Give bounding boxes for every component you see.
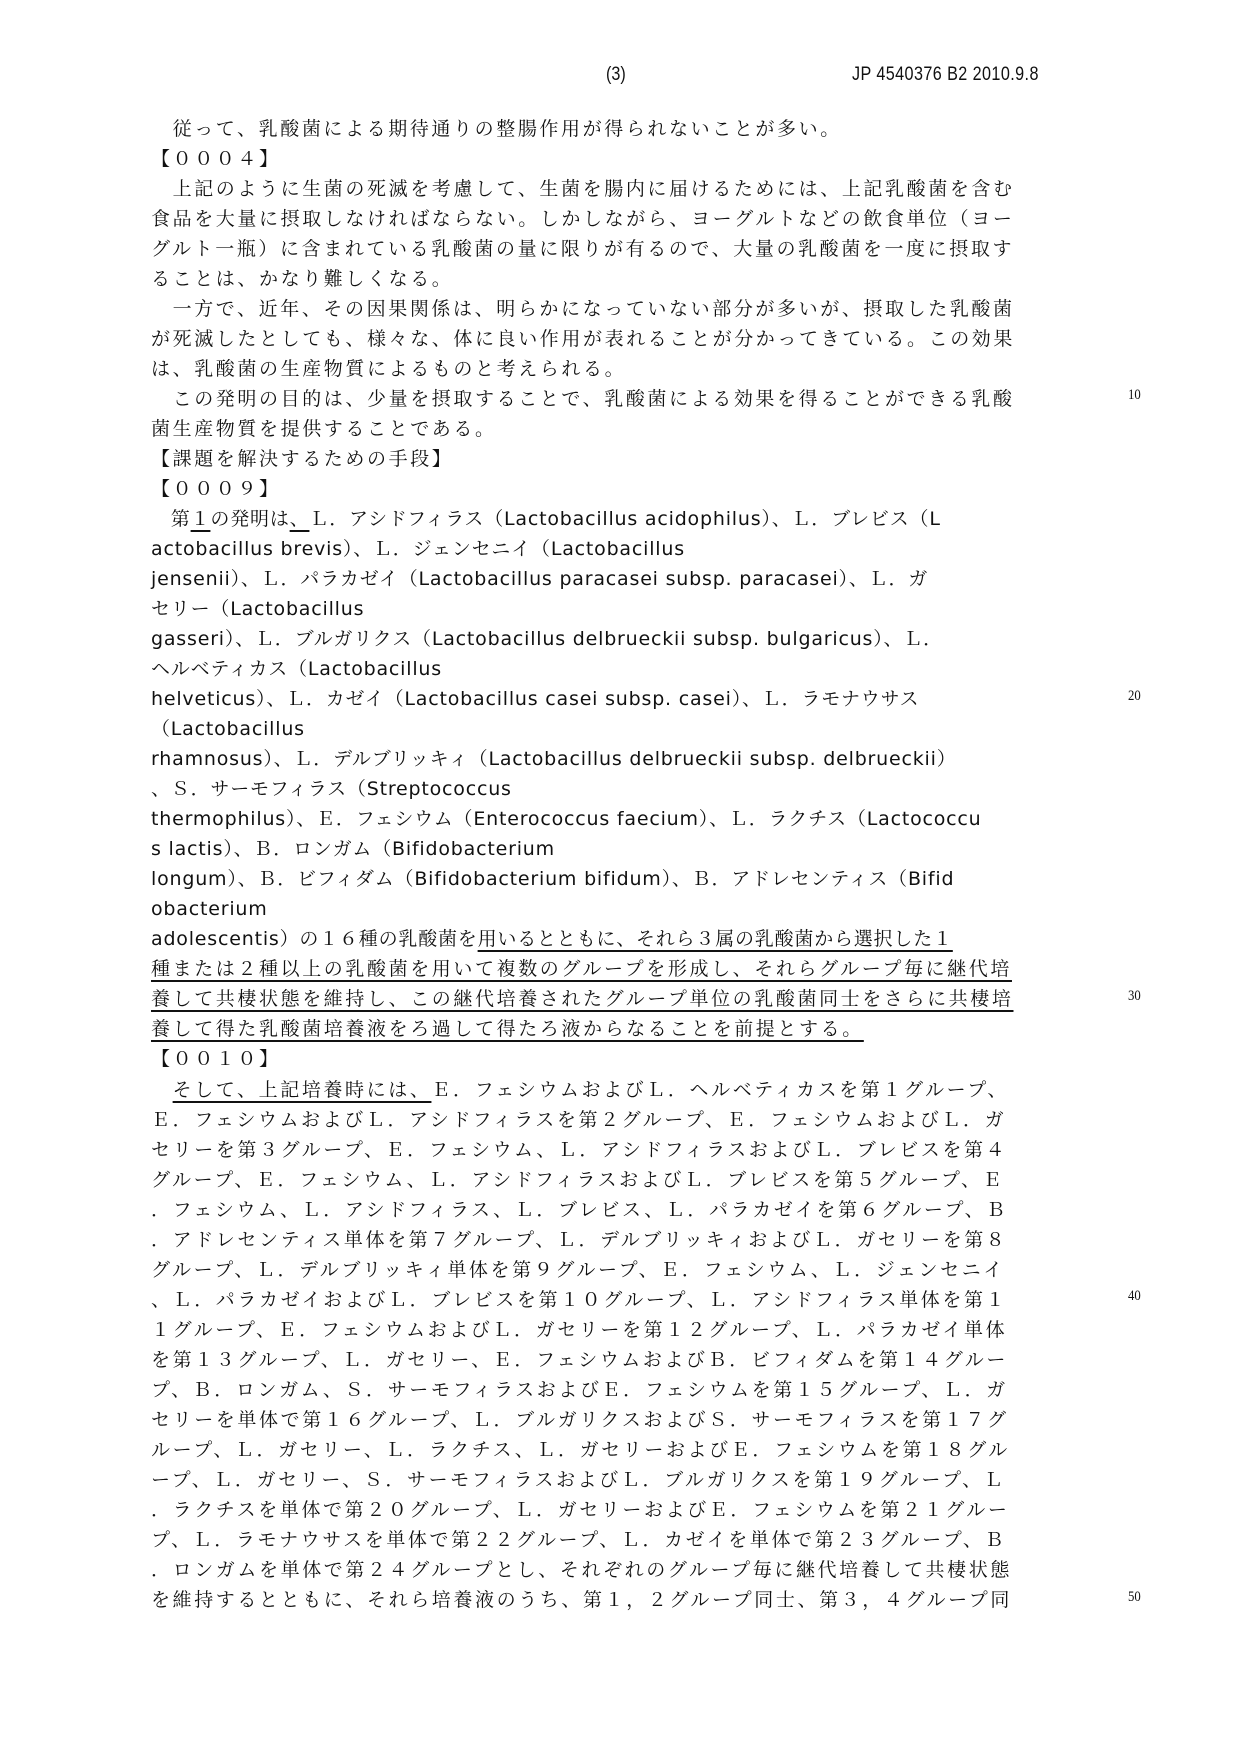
text-line: ループ、Ｌ．ガセリー、Ｌ．ラクチス、Ｌ．ガセリーおよびＥ．フェシウムを第１８グル bbox=[151, 1435, 1111, 1465]
text-line: ヘルベティカス（Lactobacillus bbox=[151, 654, 1111, 684]
text-line: 、Ｌ．パラカゼイおよびＬ．ブレビスを第１０グループ、Ｌ．アシドフィラス単体を第１ bbox=[151, 1285, 1111, 1315]
line-number: 10 bbox=[1128, 387, 1141, 404]
page-number: (3) bbox=[606, 64, 626, 86]
text-line: 、Ｓ．サーモフィラス（Streptococcus bbox=[151, 774, 1111, 804]
text-line: セリーを第３グループ、Ｅ．フェシウム、Ｌ．アシドフィラスおよびＬ．ブレビスを第４ bbox=[151, 1135, 1111, 1165]
text-span: の発明は bbox=[210, 508, 289, 530]
section-heading: 【課題を解決するための手段】 bbox=[151, 444, 1111, 474]
text-line: プ、Ｂ．ロンガム、Ｓ．サーモフィラスおよびＥ．フェシウムを第１５グループ、Ｌ．ガ bbox=[151, 1375, 1111, 1405]
line-number: 30 bbox=[1128, 988, 1141, 1005]
text-line: 一方で、近年、その因果関係は、明らかになっていない部分が多いが、摂取した乳酸菌 bbox=[151, 294, 1111, 324]
text-line: 菌生産物質を提供することである。 bbox=[151, 414, 1111, 444]
underlined-text: 養して共棲状態を維持し、この継代培養されたグループ単位の乳酸菌同士をさらに共棲培 bbox=[151, 988, 1013, 1010]
text-line: gasseri）、Ｌ．ブルガリクス（Lactobacillus delbruec… bbox=[151, 624, 1111, 654]
document-body: 従って、乳酸菌による期待通りの整腸作用が得られないことが多い。 【０００４】 上… bbox=[151, 114, 1111, 1615]
text-line: 従って、乳酸菌による期待通りの整腸作用が得られないことが多い。 bbox=[151, 114, 1111, 144]
text-line: ．ロンガムを単体で第２４グループとし、それぞれのグループ毎に継代培養して共棲状態 bbox=[151, 1555, 1111, 1585]
paragraph-number: 【０００９】 bbox=[151, 474, 1111, 504]
text-line: 上記のように生菌の死滅を考慮して、生菌を腸内に届けるためには、上記乳酸菌を含む bbox=[151, 174, 1111, 204]
text-line: obacterium bbox=[151, 894, 1111, 924]
line-number: 50 bbox=[1128, 1589, 1141, 1606]
underlined-text: そして、上記培養時には、 bbox=[173, 1079, 432, 1101]
text-line: 種または２種以上の乳酸菌を用いて複数のグループを形成し、それらグループ毎に継代培 bbox=[151, 954, 1111, 984]
text-line: セリーを単体で第１６グループ、Ｌ．ブルガリクスおよびＳ．サーモフィラスを第１７グ bbox=[151, 1405, 1111, 1435]
text-line: グループ、Ｌ．デルブリッキィ単体を第９グループ、Ｅ．フェシウム、Ｌ．ジェンセニイ bbox=[151, 1255, 1111, 1285]
text-line: ．フェシウム、Ｌ．アシドフィラス、Ｌ．ブレビス、Ｌ．パラカゼイを第６グループ、Ｂ bbox=[151, 1195, 1111, 1225]
text-span bbox=[151, 1079, 173, 1101]
text-line: ることは、かなり難しくなる。 bbox=[151, 264, 1111, 294]
underlined-text: 用いるとともに、それら３属の乳酸菌から選択した１ bbox=[478, 928, 953, 950]
text-line: 食品を大量に摂取しなければならない。しかしながら、ヨーグルトなどの飲食単位（ヨー bbox=[151, 204, 1111, 234]
text-line: 養して共棲状態を維持し、この継代培養されたグループ単位の乳酸菌同士をさらに共棲培 bbox=[151, 984, 1111, 1014]
text-line: adolescentis）の１６種の乳酸菌を用いるとともに、それら３属の乳酸菌か… bbox=[151, 924, 1111, 954]
text-line: ．アドレセンティス単体を第７グループ、Ｌ．デルブリッキィおよびＬ．ガセリーを第８ bbox=[151, 1225, 1111, 1255]
text-line: longum）、Ｂ．ビフィダム（Bifidobacterium bifidum）… bbox=[151, 864, 1111, 894]
underlined-text: 養して得た乳酸菌培養液をろ過して得たろ液からなることを前提とする。 bbox=[151, 1018, 864, 1040]
text-line: rhamnosus）、Ｌ．デルブリッキィ（Lactobacillus delbr… bbox=[151, 744, 1111, 774]
line-number: 40 bbox=[1128, 1288, 1141, 1305]
underlined-text: 、 bbox=[290, 508, 310, 530]
text-line: 養して得た乳酸菌培養液をろ過して得たろ液からなることを前提とする。 bbox=[151, 1014, 1111, 1044]
text-line: グルト一瓶）に含まれている乳酸菌の量に限りが有るので、大量の乳酸菌を一度に摂取す bbox=[151, 234, 1111, 264]
text-line: 第１の発明は、Ｌ．アシドフィラス（Lactobacillus acidophil… bbox=[151, 504, 1111, 534]
text-line: が死滅したとしても、様々な、体に良い作用が表れることが分かってきている。この効果 bbox=[151, 324, 1111, 354]
text-line: グループ、Ｅ．フェシウム、Ｌ．アシドフィラスおよびＬ．ブレビスを第５グループ、Ｅ bbox=[151, 1165, 1111, 1195]
text-line: Ｅ．フェシウムおよびＬ．アシドフィラスを第２グループ、Ｅ．フェシウムおよびＬ．ガ bbox=[151, 1105, 1111, 1135]
text-span: 第 bbox=[151, 508, 191, 530]
text-line: ープ、Ｌ．ガセリー、Ｓ．サーモフィラスおよびＬ．ブルガリクスを第１９グループ、Ｌ bbox=[151, 1465, 1111, 1495]
text-line: （Lactobacillus bbox=[151, 714, 1111, 744]
text-line: を第１３グループ、Ｌ．ガセリー、Ｅ．フェシウムおよびＢ．ビフィダムを第１４グルー bbox=[151, 1345, 1111, 1375]
text-line: actobacillus brevis）、Ｌ．ジェンセニイ（Lactobacil… bbox=[151, 534, 1111, 564]
text-line: を維持するとともに、それら培養液のうち、第１，２グループ同士、第３，４グループ同 bbox=[151, 1585, 1111, 1615]
paragraph-number: 【０００４】 bbox=[151, 144, 1111, 174]
text-line: １グループ、Ｅ．フェシウムおよびＬ．ガセリーを第１２グループ、Ｌ．パラカゼイ単体 bbox=[151, 1315, 1111, 1345]
underlined-text: １ bbox=[191, 508, 211, 530]
text-line: jensenii）、Ｌ．パラカゼイ（Lactobacillus paracase… bbox=[151, 564, 1111, 594]
text-line: セリー（Lactobacillus bbox=[151, 594, 1111, 624]
text-span: Ｅ．フェシウムおよびＬ．ヘルベティカスを第１グループ、 bbox=[431, 1079, 1009, 1101]
text-line: s lactis）、Ｂ．ロンガム（Bifidobacterium bbox=[151, 834, 1111, 864]
text-line: helveticus）、Ｌ．カゼイ（Lactobacillus casei su… bbox=[151, 684, 1111, 714]
text-span: Ｌ．アシドフィラス（Lactobacillus acidophilus）、Ｌ．ブ… bbox=[309, 508, 940, 530]
text-line: プ、Ｌ．ラモナウサスを単体で第２２グループ、Ｌ．カゼイを単体で第２３グループ、Ｂ bbox=[151, 1525, 1111, 1555]
text-line: thermophilus）、Ｅ．フェシウム（Enterococcus faeci… bbox=[151, 804, 1111, 834]
text-line: この発明の目的は、少量を摂取することで、乳酸菌による効果を得ることができる乳酸 bbox=[151, 384, 1111, 414]
paragraph-number: 【００１０】 bbox=[151, 1044, 1111, 1074]
text-line: そして、上記培養時には、Ｅ．フェシウムおよびＬ．ヘルベティカスを第１グループ、 bbox=[151, 1075, 1111, 1105]
text-line: ．ラクチスを単体で第２０グループ、Ｌ．ガセリーおよびＥ．フェシウムを第２１グルー bbox=[151, 1495, 1111, 1525]
text-span: adolescentis）の１６種の乳酸菌を bbox=[151, 928, 478, 950]
patent-number: JP 4540376 B2 2010.9.8 bbox=[852, 64, 1039, 86]
page-header: (3) JP 4540376 B2 2010.9.8 bbox=[0, 62, 1240, 92]
line-number: 20 bbox=[1128, 688, 1141, 705]
text-line: は、乳酸菌の生産物質によるものと考えられる。 bbox=[151, 354, 1111, 384]
underlined-text: 種または２種以上の乳酸菌を用いて複数のグループを形成し、それらグループ毎に継代培 bbox=[151, 958, 1012, 980]
